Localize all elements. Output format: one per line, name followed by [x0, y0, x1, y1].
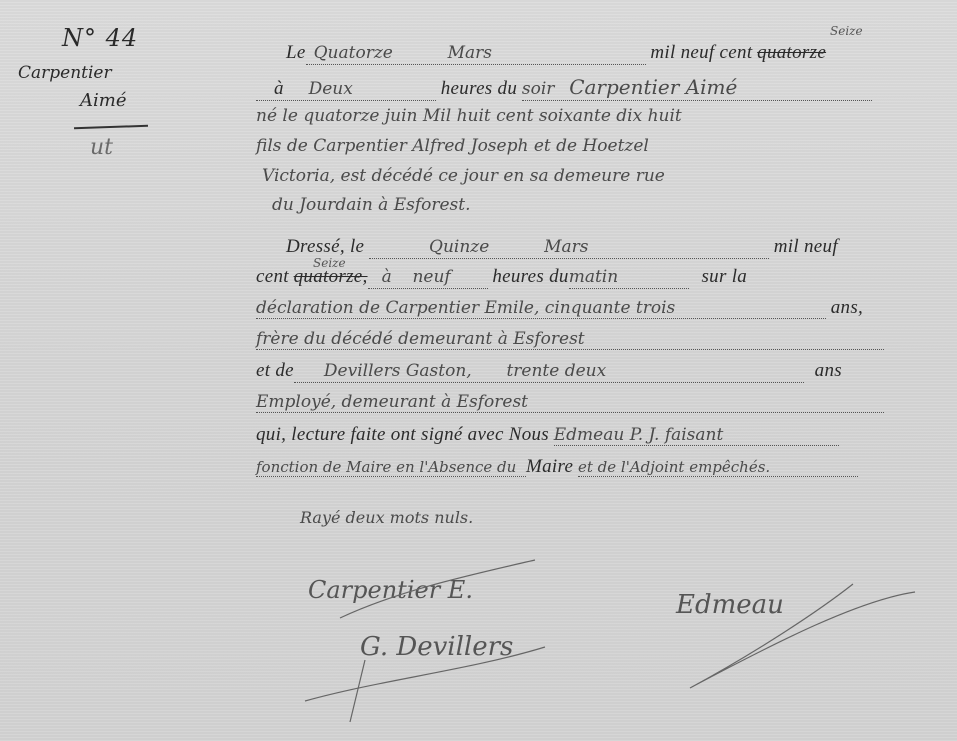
printed-ans: ans: [815, 360, 842, 381]
printed-maire: Maire: [526, 456, 573, 477]
margin-surname: Carpentier: [18, 63, 112, 83]
drawn-line-4: frère du décédé demeurant à Esforest: [256, 328, 896, 356]
act-line-5: Victoria, est décédé ce jour en sa demeu…: [262, 166, 902, 194]
death-month: Mars: [448, 43, 492, 63]
printed-heures: heures du: [441, 78, 517, 99]
drawn-hour: neuf: [412, 267, 450, 287]
printed-signature-clause: qui, lecture faite ont signé avec Nous: [256, 424, 549, 445]
death-period: soir: [522, 79, 555, 99]
signature-official: Edmeau: [676, 590, 784, 620]
death-day: Quatorze: [314, 43, 393, 63]
printed-cent: cent: [256, 266, 289, 287]
year-correction: Seize: [313, 256, 346, 270]
margin-given-name: Aimé: [80, 90, 126, 111]
printed-heures: heures du: [492, 266, 568, 287]
drawn-line-5: et de Devillers Gaston, trente deux ans: [256, 360, 896, 388]
drawn-month: Mars: [544, 237, 588, 257]
act-number: N° 44: [62, 24, 138, 52]
signature-witness: G. Devillers: [360, 632, 513, 662]
act-line-4: fils de Carpentier Alfred Joseph et de H…: [256, 136, 896, 164]
margin-initials: ut: [90, 135, 113, 160]
drawn-line-3: déclaration de Carpentier Emile, cinquan…: [256, 297, 896, 325]
declarant-text: déclaration de Carpentier Emile, cinquan…: [256, 298, 826, 319]
drawn-line-8: fonction de Maire en l'Absence duMaire e…: [256, 456, 896, 484]
printed-sur-la: sur la: [701, 266, 747, 287]
death-hour: Deux: [309, 79, 353, 99]
act-line-3: né le quatorze juin Mil huit cent soixan…: [256, 106, 896, 134]
year-correction: Seize: [830, 24, 863, 38]
signature-official-flourish: [0, 0, 1, 1]
printed-dresse: Dressé, le: [286, 236, 364, 257]
act-line-1: Le Quatorze Mars mil neuf cent quatorze: [256, 42, 896, 70]
witness-name: Devillers Gaston,: [324, 361, 472, 381]
printed-a: à: [382, 267, 392, 287]
deceased-name: Carpentier Aimé: [569, 75, 737, 99]
printed-ans: ans,: [831, 297, 863, 318]
act-line-2: à Deux heures du soir Carpentier Aimé: [256, 75, 896, 103]
act-line-6: du Jourdain à Esforest.: [272, 195, 912, 223]
printed-a: à: [274, 78, 284, 99]
drawn-period: matin: [569, 267, 618, 287]
drawn-line-6: Employé, demeurant à Esforest: [256, 391, 896, 419]
printed-year: mil neuf: [774, 236, 838, 257]
erasure-note: Rayé deux mots nuls.: [300, 508, 940, 536]
witness-occupation: Employé, demeurant à Esforest: [256, 392, 884, 413]
drawn-line-2: cent quatorze, à neuf heures du matin su…: [256, 266, 896, 294]
year-struck: quatorze: [757, 42, 826, 63]
drawn-line-1: Dressé, le Quinze Mars mil neuf: [256, 236, 896, 264]
declarant-relation: frère du décédé demeurant à Esforest: [256, 329, 884, 350]
printed-et-de: et de: [256, 360, 294, 381]
official-role-1: fonction de Maire en l'Absence du: [256, 458, 526, 477]
drawn-day: Quinze: [429, 237, 489, 257]
witness-age: trente deux: [506, 361, 606, 381]
drawn-line-7: qui, lecture faite ont signé avec Nous E…: [256, 424, 896, 452]
official-name: Edmeau P. J. faisant: [554, 425, 839, 446]
printed-year: mil neuf cent: [650, 42, 752, 63]
printed-le: Le: [286, 42, 306, 63]
official-role-2: et de l'Adjoint empêchés.: [578, 458, 858, 477]
